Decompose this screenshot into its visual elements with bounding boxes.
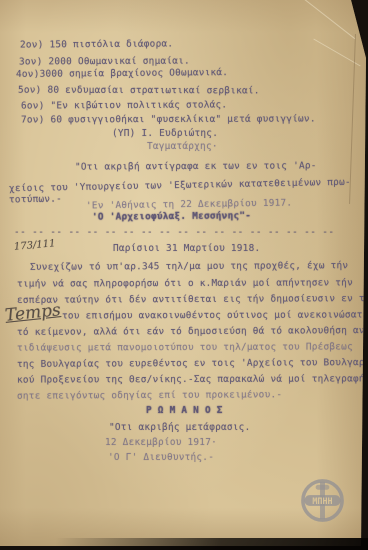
director-line: 'Ο Γ' Διευθυντής.-: [108, 453, 214, 464]
translation-date-line: 12 Δεκεμβρίου 1917·: [105, 438, 217, 449]
telegram-body-line: τιμήν νά σας πληροφορήσω ότι ο κ.Μαριάν …: [17, 278, 353, 290]
inventory-line: 3ον) 2000 Οθωμανικαί σημαίαι.: [19, 57, 190, 69]
telegram-body-line: εσπέραν ταύτην ότι δέν αντιτίθεται εις τ…: [17, 294, 368, 307]
telegram-body-line: του επισήμου ανακοινωθέντος ούτινος μοί …: [62, 310, 368, 322]
inventory-line: 7ον) 60 φυσιγγιοθήκαι "φυσεκλίκια" μετά …: [21, 114, 316, 126]
telegram-dateline: Παρίσιοι 31 Μαρτίου 1918.: [113, 244, 260, 255]
ref-number-annotation: 173/111: [14, 238, 56, 253]
signatory-name: Ρ Ω Μ Α Ν Ο Σ: [146, 406, 223, 417]
photo-background-edge: [0, 538, 368, 550]
translation-cert-line: "Οτι ακριβής μετάφρασις.: [109, 423, 250, 434]
telegram-body-line: Συνεχίζων τό υπ'αρ.345 τηλ/μα μου της πρ…: [30, 261, 348, 273]
signature-line: (ΥΠ) Ι. Ευδριώτης.: [112, 129, 218, 140]
document-paper: 2ον) 150 πιστόλια διάφορα. 3ον) 2000 Οθω…: [0, 0, 368, 546]
rank-line: Ταγματάρχης·: [147, 142, 218, 153]
handwritten-temps-word: Temps: [4, 300, 62, 326]
telegram-body-line: σητε επειγόντως οδηγίας επί του προκειμέ…: [17, 390, 282, 402]
section-divider: -- -- -- -- -- -- -- -- -- -- -- -- -- -…: [8, 228, 334, 239]
inventory-line: 4ον)3000 σημεία βραχίονος Οθωμανικά.: [16, 68, 228, 81]
archivist-line: 'Ο 'Αρχειοφύλαξ. Μεσσήνης"-: [92, 211, 251, 223]
inventory-line: 5ον) 80 ενδυμασίαι στρατιωτικαί σερβικαί…: [18, 86, 260, 98]
scratch-mark: [303, 0, 356, 39]
telegram-body-line: τιδιάψευσις μετά πανομοιοτύπου του τηλ/μ…: [17, 342, 353, 354]
inventory-line: 2ον) 150 πιστόλια διάφορα.: [20, 39, 173, 51]
certification-line: "Οτι ακριβή αντίγραφα εκ των εν τοις 'Αρ…: [75, 161, 317, 173]
scanned-document-photo: { "colors": { "paper": "#d9c498", "typew…: [0, 0, 368, 550]
stamp-letters: ΜΠΗΗ: [312, 496, 332, 506]
inventory-line: 6ον) "Εν κιβώτιον πολιτικάς στολάς.: [21, 100, 227, 112]
telegram-body-line: κού Προξενείου της Θεσ/νίκης.-Σας παρακα…: [17, 374, 368, 386]
certification-line: τοτύπων.-: [9, 195, 62, 207]
certification-line: χείοις του 'Υπουργείου των 'Εξωτερικών κ…: [9, 178, 351, 195]
telegram-body-line: της Βουλγαρίας του ευρεθέντος εν τοις 'Α…: [17, 358, 368, 371]
archive-stamp-icon: ΜΠΗΗ: [299, 477, 346, 524]
telegram-body-line: τό κείμενον, αλλά ότι εάν τό δημοσιεύση …: [17, 326, 368, 339]
scratch-mark: [313, 39, 360, 67]
